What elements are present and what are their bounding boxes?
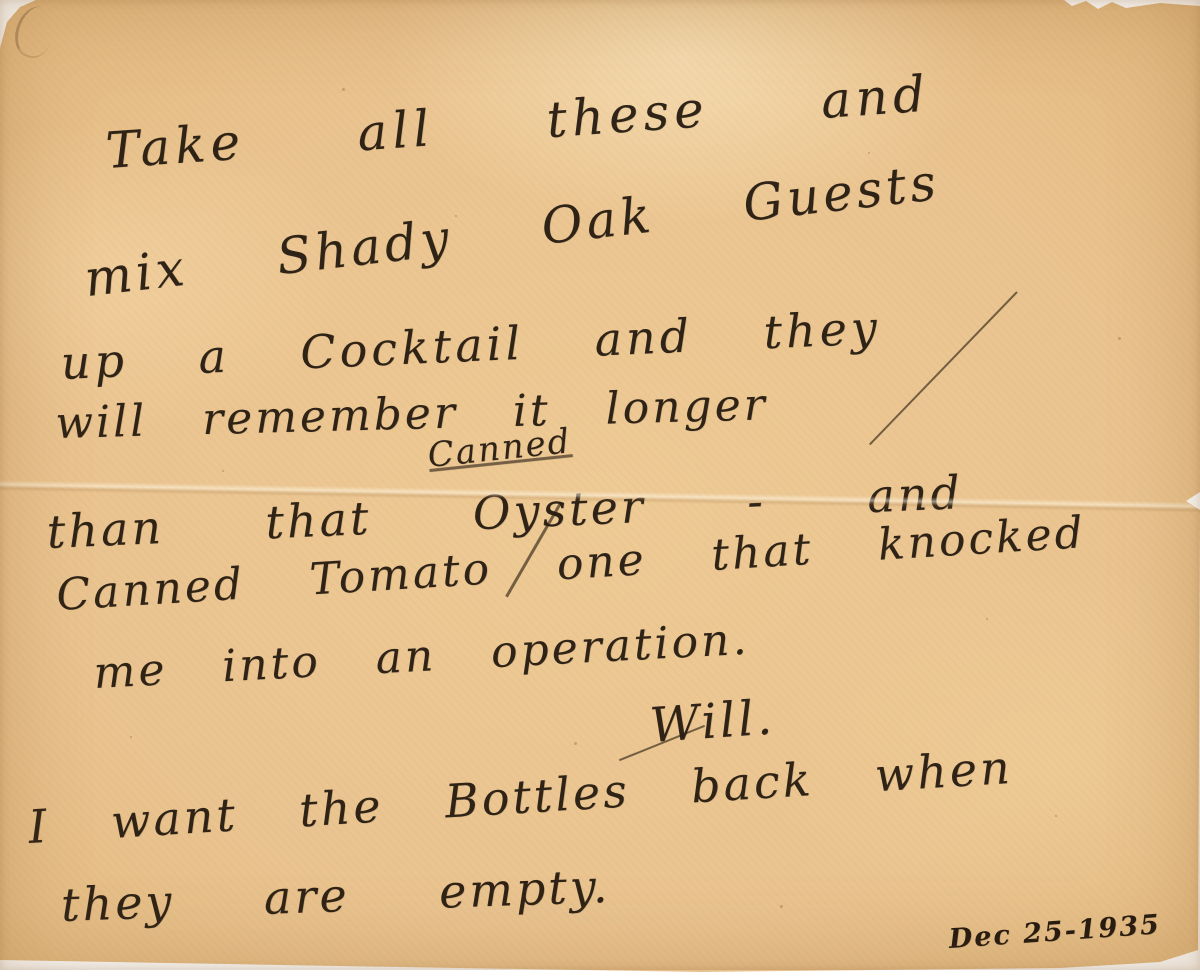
paper-speck (222, 470, 224, 472)
paper-speck (455, 215, 457, 217)
postscript-line-2: they are empty. (60, 859, 611, 932)
handwriting-line-7: me into an operation. (92, 614, 750, 699)
scanned-document-page: { "document": { "kind": "handwritten not… (0, 0, 1200, 978)
handwriting-line-2: mix Shady Oak Guests (81, 153, 942, 308)
paper-speck (986, 618, 988, 620)
handwriting-line-1: Take all these and (104, 65, 932, 180)
paper-speck (574, 742, 577, 745)
handwriting-line-4: will remember it longer (55, 379, 769, 449)
paper-speck (780, 905, 783, 908)
pen-tail-stroke (869, 291, 1018, 445)
postscript-line-1: I want the Bottles back when (27, 740, 1014, 854)
paper-speck (1055, 815, 1057, 817)
paper-speck (868, 152, 870, 154)
paper-speck (342, 88, 345, 91)
paper-speck (130, 736, 132, 738)
handwriting-line-3: up a Cocktail and they (60, 300, 882, 390)
aged-paper: Take all these and mix Shady Oak Guests … (0, 0, 1200, 978)
date-annotation: Dec 25-1935 (948, 909, 1162, 955)
corner-pen-scribble (10, 2, 60, 62)
signature: Will. (648, 689, 776, 754)
paper-speck (1118, 337, 1121, 340)
